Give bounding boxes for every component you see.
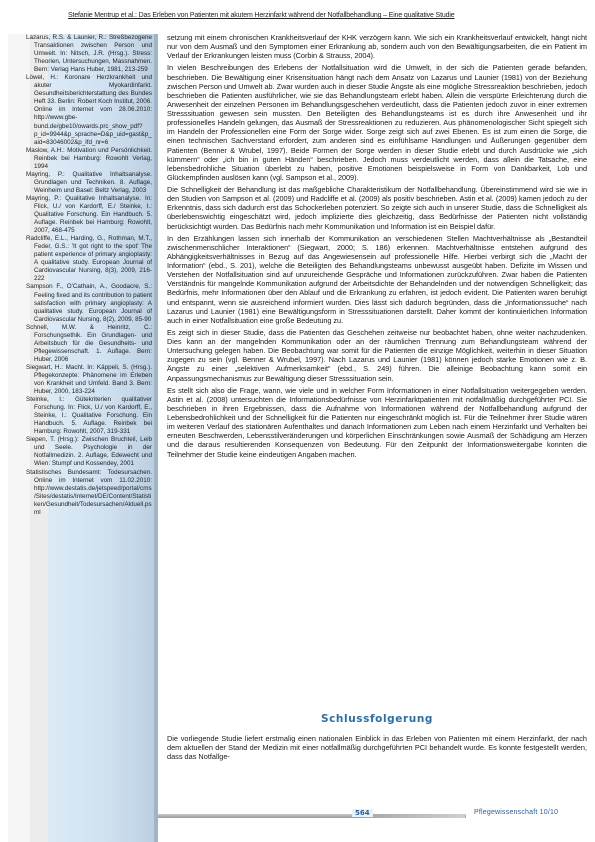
reference-item: Löwel, H.: Koronare Herzkrankheit und ak… [26,74,152,146]
reference-item: Sampson F., O'Cathain, A., Goodacre, S.:… [26,283,152,323]
conclusion-section: Die vorliegende Studie liefert erstmalig… [167,734,587,761]
body-paragraph: In vielen Beschreibungen des Erlebens de… [167,63,587,182]
reference-item: Steinke, I.: Gütekriterien qualitativer … [26,396,152,436]
body-paragraph: Es zeigt sich in dieser Studie, dass die… [167,328,587,383]
sidebar-edge-divider [154,34,158,842]
reference-item: Siegwart, H.: Macht. In: Käppeli, S. (Hr… [26,364,152,396]
conclusion-paragraph: Die vorliegende Studie liefert erstmalig… [167,734,587,761]
section-heading-conclusion: Schlussfolgerung [167,713,587,725]
reference-item: Schnell, M.W. & Heinritz, C.: Forschungs… [26,324,152,364]
main-text-column: setzung mit einem chronischen Krankheits… [167,33,587,462]
reference-item: Mayring, P.: Qualitative Inhaltsanalyse.… [26,171,152,195]
reference-item: Siepen, T. (Hrsg.): Zwischen Bruchteil, … [26,436,152,468]
reference-item: Maslow, A.H.: Motivation und Persönlichk… [26,147,152,171]
reference-item: Statistisches Bundesamt: Todesursachen. … [26,469,152,517]
reference-item: Radcliffe, E.L., Harding, G., Rothman, M… [26,235,152,283]
footer-rule-right [365,814,465,818]
running-header: Stefanie Mentrup et al.: Das Erleben von… [68,11,590,20]
reference-item: Mayring, P.: Qualitative Inhaltsanalyse.… [26,195,152,235]
references-list: Lazarus, R.S. & Launier, R.: Streßbezoge… [26,34,152,517]
page-number: 564 [352,809,373,817]
body-paragraph: Die Schnelligkeit der Behandlung ist das… [167,185,587,231]
reference-item: Lazarus, R.S. & Launier, R.: Streßbezoge… [26,34,152,74]
body-paragraph: Es stellt sich also die Frage, wann, wie… [167,386,587,459]
body-paragraph: setzung mit einem chronischen Krankheits… [167,33,587,60]
body-paragraph: In den Erzählungen lassen sich innerhalb… [167,234,587,325]
journal-name: Pflegewissenschaft 10/10 [474,809,558,816]
